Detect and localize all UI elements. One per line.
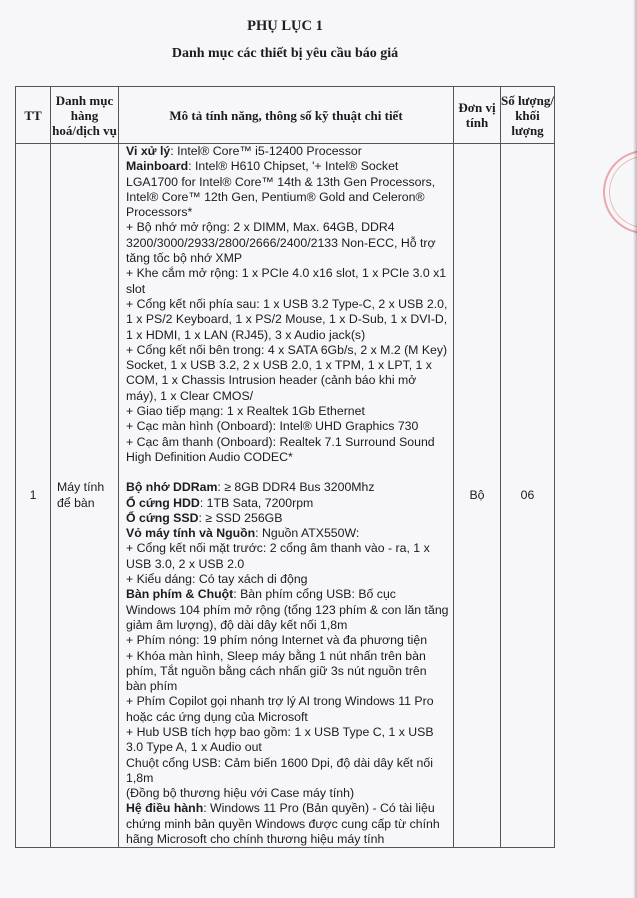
spec-line: Vi xử lý: Intel® Core™ i5-12400 Processo… bbox=[126, 144, 449, 159]
spec-line: Chuột cổng USB: Cảm biến 1600 Dpi, độ dà… bbox=[126, 756, 449, 787]
page-title: PHỤ LỤC 1 bbox=[0, 18, 570, 35]
row-unit: Bộ bbox=[454, 144, 501, 848]
spec-line: + Khóa màn hình, Sleep máy bằng 1 nút nh… bbox=[126, 649, 449, 695]
spec-text: + Cạc âm thanh (Onboard): Realtek 7.1 Su… bbox=[126, 435, 435, 464]
spec-label: Mainboard bbox=[126, 159, 188, 173]
spec-text: + Cạc màn hình (Onboard): Intel® UHD Gra… bbox=[126, 419, 418, 433]
row-item-name: Máy tính để bàn bbox=[51, 144, 119, 848]
spec-line: + Cạc màn hình (Onboard): Intel® UHD Gra… bbox=[126, 419, 449, 434]
table-row: 1 Máy tính để bàn Vi xử lý: Intel® Core™… bbox=[16, 144, 555, 848]
spec-line: + Giao tiếp mạng: 1 x Realtek 1Gb Ethern… bbox=[126, 404, 449, 419]
spec-text: : Intel® Core™ i5-12400 Processor bbox=[170, 144, 362, 158]
spec-line: + Cạc âm thanh (Onboard): Realtek 7.1 Su… bbox=[126, 435, 449, 466]
spec-line: Hệ điều hành: Windows 11 Pro (Bản quyền)… bbox=[126, 801, 449, 847]
spec-line: + Hub USB tích hợp bao gồm: 1 x USB Type… bbox=[126, 725, 449, 756]
spec-text: + Cổng kết nối mặt trước: 2 cổng âm than… bbox=[126, 541, 430, 570]
spec-label: Bộ nhớ DDRam bbox=[126, 480, 217, 494]
spec-label: Ổ cứng HDD bbox=[126, 496, 200, 510]
spec-text: + Cổng kết nối bên trong: 4 x SATA 6Gb/s… bbox=[126, 343, 447, 403]
spec-text: (Đồng bộ thương hiệu với Case máy tính) bbox=[126, 786, 354, 800]
header-description: Mô tả tính năng, thông số kỹ thuật chi t… bbox=[119, 87, 454, 144]
spec-line: + Cổng kết nối mặt trước: 2 cổng âm than… bbox=[126, 541, 449, 572]
spec-text: : ≥ SSD 256GB bbox=[198, 511, 282, 525]
spec-line: + Phím nóng: 19 phím nóng Internet và đa… bbox=[126, 633, 449, 648]
spec-text: : 1TB Sata, 7200rpm bbox=[200, 496, 313, 510]
row-description: Vi xử lý: Intel® Core™ i5-12400 Processo… bbox=[119, 144, 454, 848]
spec-text: Chuột cổng USB: Cảm biến 1600 Dpi, độ dà… bbox=[126, 756, 433, 785]
spec-line: Bộ nhớ DDRam: ≥ 8GB DDR4 Bus 3200Mhz bbox=[126, 480, 449, 495]
spec-label: Vi xử lý bbox=[126, 144, 170, 158]
row-quantity: 06 bbox=[501, 144, 555, 848]
spec-line: Ổ cứng SSD: ≥ SSD 256GB bbox=[126, 511, 449, 526]
spec-line: + Khe cắm mở rộng: 1 x PCIe 4.0 x16 slot… bbox=[126, 266, 449, 297]
spec-text: + Cổng kết nối phía sau: 1 x USB 3.2 Typ… bbox=[126, 297, 447, 342]
page-edge-shadow bbox=[633, 0, 637, 898]
spec-line: Bàn phím & Chuột: Bàn phím cổng USB: Bố … bbox=[126, 587, 449, 633]
header-item-name: Danh mục hàng hoá/dịch vụ bbox=[51, 87, 119, 144]
spec-text: + Khe cắm mở rộng: 1 x PCIe 4.0 x16 slot… bbox=[126, 266, 446, 295]
spec-line: + Cổng kết nối bên trong: 4 x SATA 6Gb/s… bbox=[126, 343, 449, 404]
header-quantity: Số lượng/ khối lượng bbox=[501, 87, 555, 144]
spec-text: : Nguồn ATX550W: bbox=[255, 526, 359, 540]
spec-line: (Đồng bộ thương hiệu với Case máy tính) bbox=[126, 786, 449, 801]
spec-label: Bàn phím & Chuột bbox=[126, 587, 233, 601]
row-tt: 1 bbox=[16, 144, 51, 848]
spec-text: + Kiểu dáng: Có tay xách di động bbox=[126, 572, 308, 586]
page-subtitle: Danh mục các thiết bị yêu cầu báo giá bbox=[0, 46, 570, 62]
spec-text: + Giao tiếp mạng: 1 x Realtek 1Gb Ethern… bbox=[126, 404, 365, 418]
spec-line: + Cổng kết nối phía sau: 1 x USB 3.2 Typ… bbox=[126, 297, 449, 343]
spec-label: Vỏ máy tính và Nguồn bbox=[126, 526, 255, 540]
spec-text: + Phím nóng: 19 phím nóng Internet và đa… bbox=[126, 633, 427, 647]
spec-text: + Phím Copilot gọi nhanh trợ lý AI trong… bbox=[126, 694, 434, 723]
spec-text: + Bộ nhớ mở rộng: 2 x DIMM, Max. 64GB, D… bbox=[126, 220, 436, 265]
red-seal-stamp bbox=[603, 150, 637, 234]
header-unit: Đơn vị tính bbox=[454, 87, 501, 144]
spec-list: Vi xử lý: Intel® Core™ i5-12400 Processo… bbox=[126, 144, 449, 847]
spec-text: + Hub USB tích hợp bao gồm: 1 x USB Type… bbox=[126, 725, 434, 754]
table-header-row: TT Danh mục hàng hoá/dịch vụ Mô tả tính … bbox=[16, 87, 555, 144]
spec-line: Vỏ máy tính và Nguồn: Nguồn ATX550W: bbox=[126, 526, 449, 541]
table-body: 1 Máy tính để bàn Vi xử lý: Intel® Core™… bbox=[16, 144, 555, 848]
spec-line: + Phím Copilot gọi nhanh trợ lý AI trong… bbox=[126, 694, 449, 725]
spec-text: + Khóa màn hình, Sleep máy bằng 1 nút nh… bbox=[126, 649, 427, 694]
equipment-spec-table: TT Danh mục hàng hoá/dịch vụ Mô tả tính … bbox=[15, 86, 555, 848]
spec-label: Ổ cứng SSD bbox=[126, 511, 198, 525]
spec-text: : ≥ 8GB DDR4 Bus 3200Mhz bbox=[217, 480, 374, 494]
header-tt: TT bbox=[16, 87, 51, 144]
spec-line: + Kiểu dáng: Có tay xách di động bbox=[126, 572, 449, 587]
spec-line: + Bộ nhớ mở rộng: 2 x DIMM, Max. 64GB, D… bbox=[126, 220, 449, 266]
spec-label: Hệ điều hành bbox=[126, 801, 203, 815]
spec-line: Ổ cứng HDD: 1TB Sata, 7200rpm bbox=[126, 496, 449, 511]
spec-line: Mainboard: Intel® H610 Chipset, '+ Intel… bbox=[126, 159, 449, 220]
